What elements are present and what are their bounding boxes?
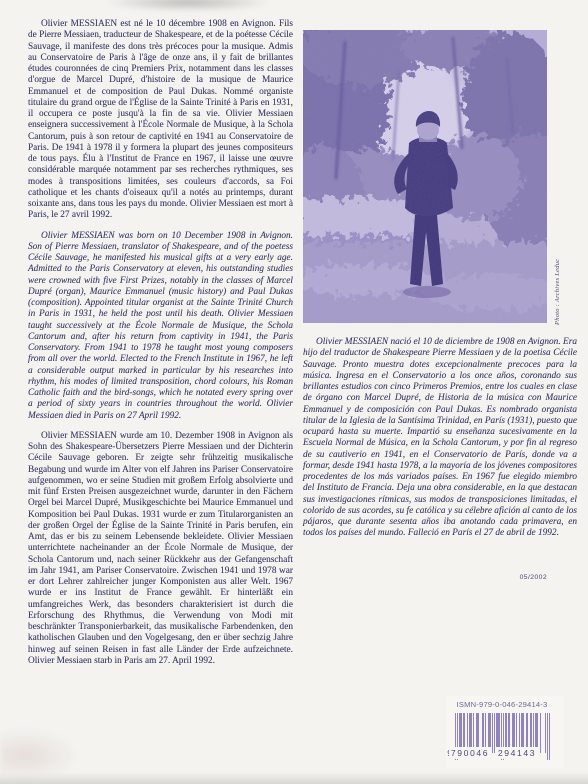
bio-paragraph-german: Olivier MESSIAEN wurde am 10. Dezember 1… [28, 431, 293, 667]
ismn-number-label: ISMN-979-0-046-29414-3 [446, 700, 558, 709]
right-text-column: Olivier MESSIAEN nació el 10 de diciembr… [303, 337, 577, 549]
bio-paragraph-french: Olivier MESSIAEN est né le 10 décembre 1… [28, 19, 293, 222]
scan-smudge [103, 0, 273, 12]
bio-paragraph-english: Olivier MESSIAEN was born on 10 December… [28, 231, 293, 422]
messiaen-photo [303, 30, 547, 323]
scanned-booklet-page: Olivier MESSIAEN est né le 10 décembre 1… [0, 0, 588, 784]
edition-note: 05/2002 [303, 574, 547, 581]
left-text-column: Olivier MESSIAEN est né le 10 décembre 1… [28, 19, 293, 676]
scan-corner-blotch [0, 728, 80, 774]
bio-paragraph-spanish: Olivier MESSIAEN nació el 10 de diciembr… [303, 337, 577, 540]
barcode-digit-group-1: 790046 [449, 747, 491, 759]
scan-bottom-edge [0, 772, 588, 784]
photo-credit: Photo : Archives Leduc [554, 239, 565, 325]
barcode-digit-group-2: 294143 [496, 747, 538, 759]
ismn-barcode: ISMN-979-0-046-29414-3 9 790046 294143 [446, 696, 564, 768]
